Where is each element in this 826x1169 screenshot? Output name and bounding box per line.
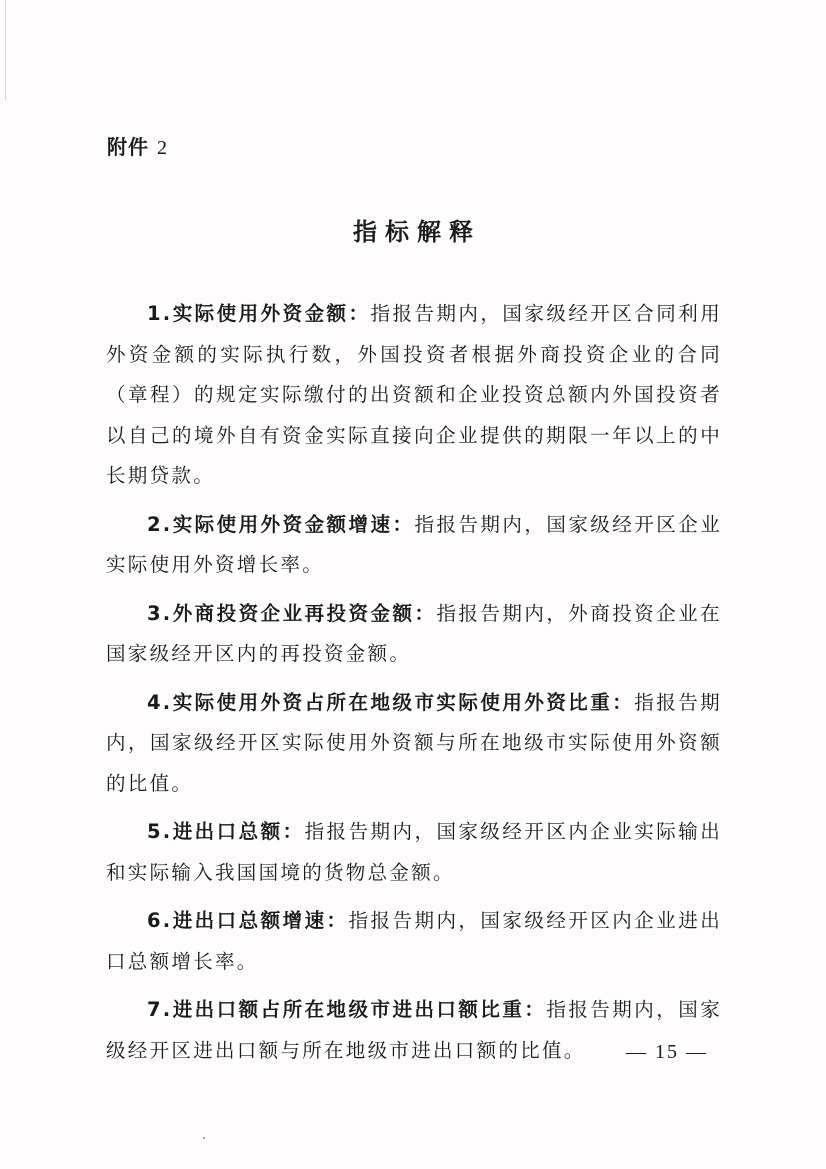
page-number: — 15 —	[626, 1041, 708, 1064]
definition-term: 3.外商投资企业再投资金额：	[147, 602, 437, 625]
definition-term: 2.实际使用外资金额增速：	[147, 513, 415, 536]
scan-page-edge	[5, 0, 6, 100]
page-title: 指标解释	[0, 212, 826, 247]
definition-1: 1.实际使用外资金额：指报告期内，国家级经开区合同利用外资金额的实际执行数，外国…	[106, 294, 722, 497]
attachment-label-text: 附件	[107, 135, 149, 159]
definition-3: 3.外商投资企业再投资金额：指报告期内，外商投资企业在国家级经开区内的再投资金额…	[106, 594, 722, 675]
definition-5: 5.进出口总额：指报告期内，国家级经开区内企业实际输出和实际输入我国国境的货物总…	[106, 812, 722, 893]
attachment-label: 附件 2	[107, 131, 168, 160]
scan-speck	[203, 1137, 205, 1139]
definition-6: 6.进出口总额增速：指报告期内，国家级经开区内企业进出口总额增长率。	[106, 901, 722, 982]
definition-term: 6.进出口总额增速：	[147, 909, 349, 932]
definition-text: 指报告期内，国家级经开区合同利用外资金额的实际执行数，外国投资者根据外商投资企业…	[106, 302, 722, 487]
definition-term: 1.实际使用外资金额：	[147, 302, 371, 325]
definition-4: 4.实际使用外资占所在地级市实际使用外资比重：指报告期内，国家级经开区实际使用外…	[106, 683, 722, 805]
definition-term: 7.进出口额占所在地级市进出口额比重：	[147, 998, 546, 1021]
definitions-list: 1.实际使用外资金额：指报告期内，国家级经开区合同利用外资金额的实际执行数，外国…	[106, 294, 722, 1079]
definition-term: 5.进出口总额：	[147, 820, 305, 843]
definition-term: 4.实际使用外资占所在地级市实际使用外资比重：	[147, 691, 634, 714]
definition-2: 2.实际使用外资金额增速：指报告期内，国家级经开区企业实际使用外资增长率。	[106, 505, 722, 586]
attachment-number: 2	[157, 137, 168, 159]
